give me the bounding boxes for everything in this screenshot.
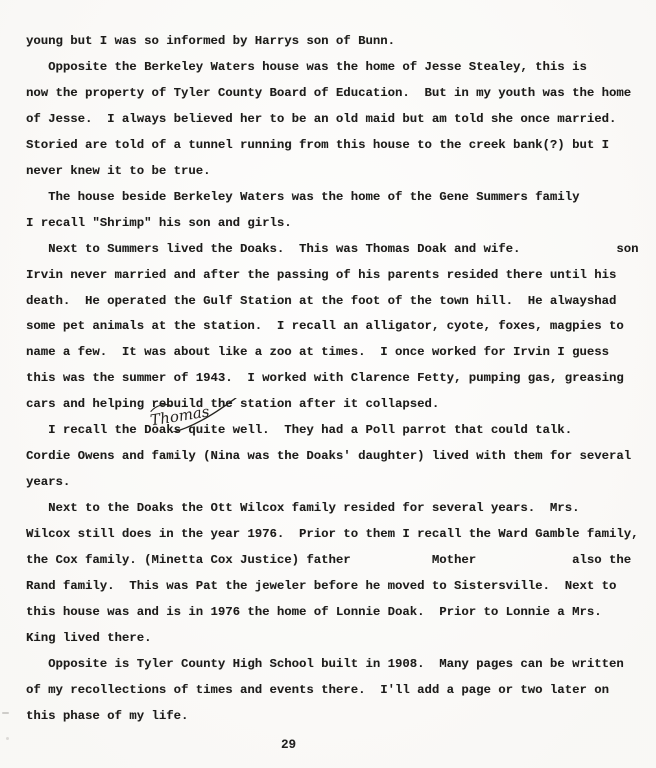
- text-line: young but I was so informed by Harrys so…: [26, 29, 650, 55]
- text-line: Next to the Doaks the Ott Wilcox family …: [26, 496, 650, 522]
- typewritten-text: young but I was so informed by Harrys so…: [26, 29, 650, 730]
- text-line: of Jesse. I always believed her to be an…: [26, 107, 650, 133]
- text-line: Storied are told of a tunnel running fro…: [26, 133, 650, 159]
- text-line: I recall the Doaks quite well. They had …: [26, 418, 650, 444]
- text-line: Opposite the Berkeley Waters house was t…: [26, 55, 650, 81]
- text-line: Wilcox still does in the year 1976. Prio…: [26, 522, 650, 548]
- text-line: King lived there.: [26, 626, 650, 652]
- handwritten-annotation: Thomas: [134, 398, 250, 432]
- text-line: never knew it to be true.: [26, 159, 650, 185]
- text-line: cars and helping rebuild the station aft…: [26, 392, 650, 418]
- text-line: name a few. It was about like a zoo at t…: [26, 340, 650, 366]
- page-number: 29: [281, 738, 296, 752]
- text-line: of my recollections of times and events …: [26, 678, 650, 704]
- document-page: young but I was so informed by Harrys so…: [0, 0, 656, 768]
- text-line: Cordie Owens and family (Nina was the Do…: [26, 444, 650, 470]
- text-line: I recall "Shrimp" his son and girls.: [26, 211, 650, 237]
- text-line: the Cox family. (Minetta Cox Justice) fa…: [26, 548, 650, 574]
- text-line: this was the summer of 1943. I worked wi…: [26, 366, 650, 392]
- text-line: some pet animals at the station. I recal…: [26, 314, 650, 340]
- scan-smudge-dot: [6, 737, 9, 740]
- text-line: death. He operated the Gulf Station at t…: [26, 289, 650, 315]
- text-line: Next to Summers lived the Doaks. This wa…: [26, 237, 650, 263]
- text-line: Opposite is Tyler County High School bui…: [26, 652, 650, 678]
- text-line: years.: [26, 470, 650, 496]
- text-line: Rand family. This was Pat the jeweler be…: [26, 574, 650, 600]
- scan-smudge-dash: [2, 712, 9, 714]
- text-line: this house was and is in 1976 the home o…: [26, 600, 650, 626]
- text-line: this phase of my life.: [26, 704, 650, 730]
- text-line: now the property of Tyler County Board o…: [26, 81, 650, 107]
- text-line: The house beside Berkeley Waters was the…: [26, 185, 650, 211]
- text-line: Irvin never married and after the passin…: [26, 263, 650, 289]
